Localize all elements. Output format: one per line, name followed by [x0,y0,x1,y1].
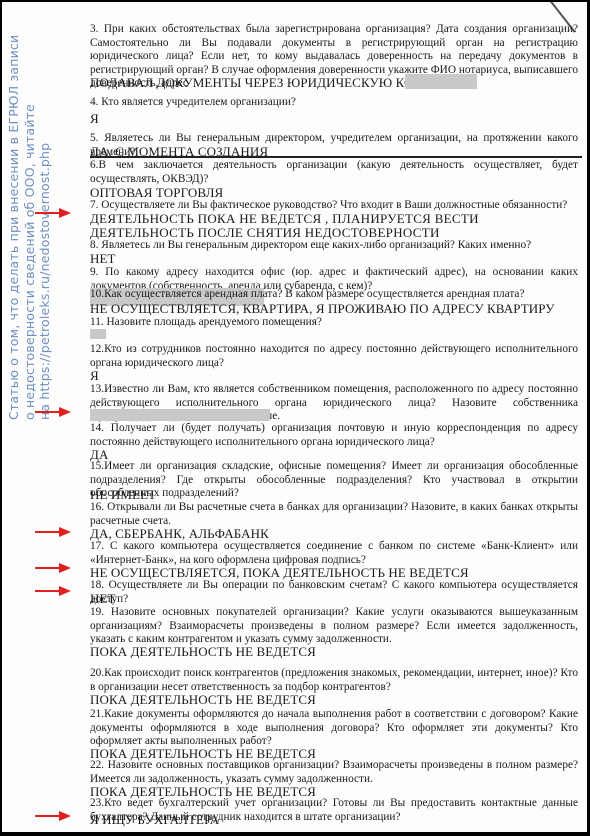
answer-6: ОПТОВАЯ ТОРГОВЛЯ [90,186,223,200]
answer-18: НЕТ [90,592,116,606]
question-11: 11. Назовите площадь арендуемого помещен… [90,316,578,330]
scanned-questionnaire-page: Статью о том, что делать при внесении в … [2,2,587,832]
question-22: 22. Назовите основных поставщиков органи… [90,759,578,786]
divider-line [90,156,582,158]
watermark-line: Статью о том, что делать при внесении в … [6,2,22,420]
answer-7: ДЕЯТЕЛЬНОСТЬ ПОКА НЕ ВЕДЕТСЯ , ПЛАНИРУЕТ… [90,212,578,240]
red-arrow-icon [35,563,71,573]
answer-4: Я [90,112,99,126]
red-arrow-icon [35,586,71,596]
answer-23: Я ИЩУ БУХГАЛТЕРА [90,813,219,827]
red-arrow-icon [35,811,71,821]
redacted-block [90,409,270,421]
answer-10: НЕ ОСУЩЕСТВЛЯЕТСЯ, КВАРТИРА, Я ПРОЖИВАЮ … [90,302,555,316]
answer-15: НЕ ИМЕЕТ [90,488,156,502]
question-8: 8. Являетесь ли Вы генеральным директоро… [90,239,578,253]
red-arrow-icon [35,208,71,218]
question-20: 20.Как происходит поиск контрагентов (пр… [90,667,578,694]
red-arrow-icon [35,407,71,417]
question-15: 15.Имеет ли организация складские, офисн… [90,460,578,501]
question-16: 16. Открывали ли Вы расчетные счета в ба… [90,501,578,528]
answer-12: Я [90,369,99,383]
answer-16: ДА, СБЕРБАНК, АЛЬФАБАНК [90,527,269,541]
question-19: 19. Назовите основных покупателей органи… [90,606,578,647]
answer-19: ПОКА ДЕЯТЕЛЬНОСТЬ НЕ ВЕДЕТСЯ [90,645,316,659]
red-arrow-icon [35,527,71,537]
question-17: 17. С какого компьютера осуществляется с… [90,540,578,567]
answer-17: НЕ ОСУЩЕСТВЛЯЕТСЯ, ПОКА ДЕЯТЕЛЬНОСТЬ НЕ … [90,566,469,580]
question-12: 12.Кто из сотрудников постоянно находитс… [90,343,578,370]
question-10: 10.Как осуществляется арендная плата? В … [90,288,578,302]
redacted-block [405,74,477,89]
question-18: 18. Осуществляете ли Вы операции по банк… [90,579,578,606]
answer-20: ПОКА ДЕЯТЕЛЬНОСТЬ НЕ ВЕДЕТСЯ [90,693,316,707]
question-21: 21.Какие документы оформляются до начала… [90,708,578,749]
question-14: 14. Получает ли (будет получать) организ… [90,422,578,449]
question-6: 6.В чем заключается деятельность организ… [90,159,578,186]
question-4: 4. Кто является учредителем организации? [90,96,578,110]
redacted-block [90,329,106,339]
answer-8: НЕТ [90,252,116,266]
